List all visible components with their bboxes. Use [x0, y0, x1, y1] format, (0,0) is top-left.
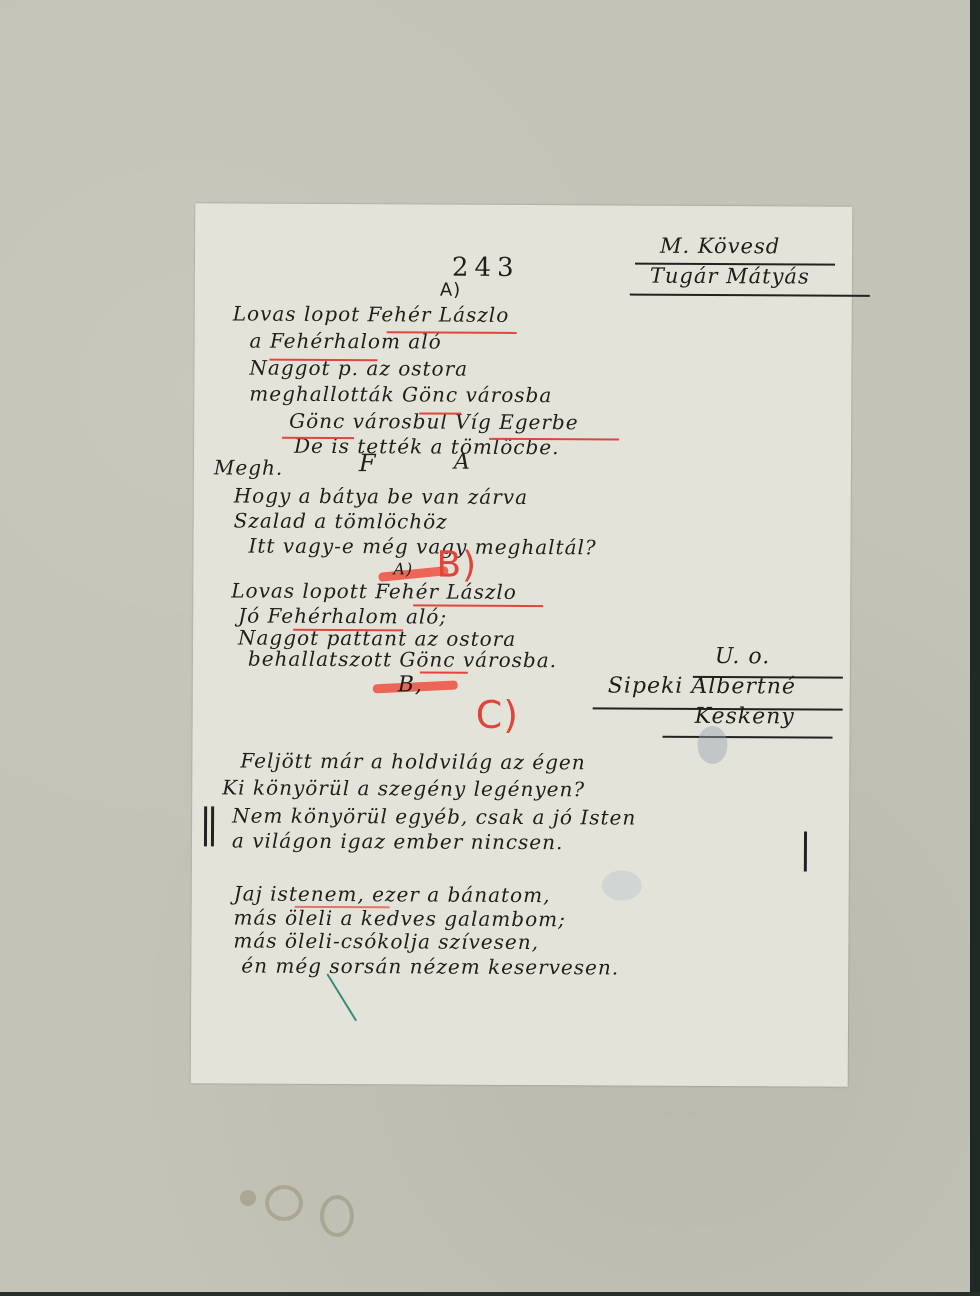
stain	[240, 1190, 256, 1206]
header-singer: Tugár Mátyás	[650, 264, 810, 289]
board-edge-bottom	[0, 1292, 980, 1296]
attribution-singer: Sipeki Albertné	[608, 673, 796, 699]
water-stain	[602, 870, 642, 900]
water-stain	[697, 726, 727, 764]
note-line: Szalad a tömlöchöz	[234, 508, 448, 533]
verse-line: Lovas lopot Fehér Lászlo	[233, 301, 510, 326]
verse-line: behallatszott Gönc városba.	[248, 647, 557, 673]
verse-line: meghallották Gönc városba	[249, 382, 552, 408]
note-mark-f: F	[359, 449, 377, 477]
section-b-mark: B,	[398, 672, 423, 697]
song-line: más öleli-csókolja szívesen,	[233, 928, 539, 954]
song-line: Feljött már a holdvilág az égen	[240, 749, 585, 775]
red-underline	[420, 671, 468, 673]
song-line: Ki könyörül a szegény legényen?	[222, 775, 585, 801]
section-a-label: A)	[440, 280, 461, 301]
section-c-label: C)	[476, 693, 520, 737]
song-line: Jaj istenem, ezer a bánatom,	[234, 881, 551, 907]
song-line: én még sorsán nézem keservesen.	[241, 954, 619, 980]
board-edge-right	[970, 0, 980, 1296]
header-location: M. Kövesd	[660, 234, 780, 259]
note-mark-megh: Megh.	[214, 455, 283, 479]
song-line: más öleli a kedves galambom;	[234, 905, 566, 931]
red-underline	[419, 412, 461, 414]
green-pencil-stroke	[326, 973, 357, 1021]
note-line: Itt vagy-e még vagy meghaltál?	[248, 534, 596, 560]
note-line: Hogy a bátya be van zárva	[234, 483, 528, 509]
song-line: Nem könyörül egyéb, csak a jó Isten	[232, 803, 636, 829]
red-underline	[282, 437, 354, 439]
attribution-location: U. o.	[715, 644, 770, 669]
page-number: 243	[452, 253, 520, 283]
stain	[320, 1195, 354, 1237]
repeat-sign-end	[804, 831, 807, 871]
verse-line: Lovas lopott Fehér Lászlo	[231, 578, 517, 603]
manuscript-page: 243 M. Kövesd Tugár Mátyás A) Lovas lopo…	[191, 203, 853, 1086]
note-mark-a: A	[454, 450, 471, 475]
stain	[265, 1185, 303, 1221]
repeat-sign-start	[204, 806, 207, 846]
header-rule	[630, 294, 870, 297]
section-b-label-a: A)	[393, 559, 413, 578]
attribution-rule	[663, 736, 833, 738]
repeat-sign-start	[211, 806, 214, 846]
song-line: a világon igaz ember nincsen.	[232, 828, 564, 854]
